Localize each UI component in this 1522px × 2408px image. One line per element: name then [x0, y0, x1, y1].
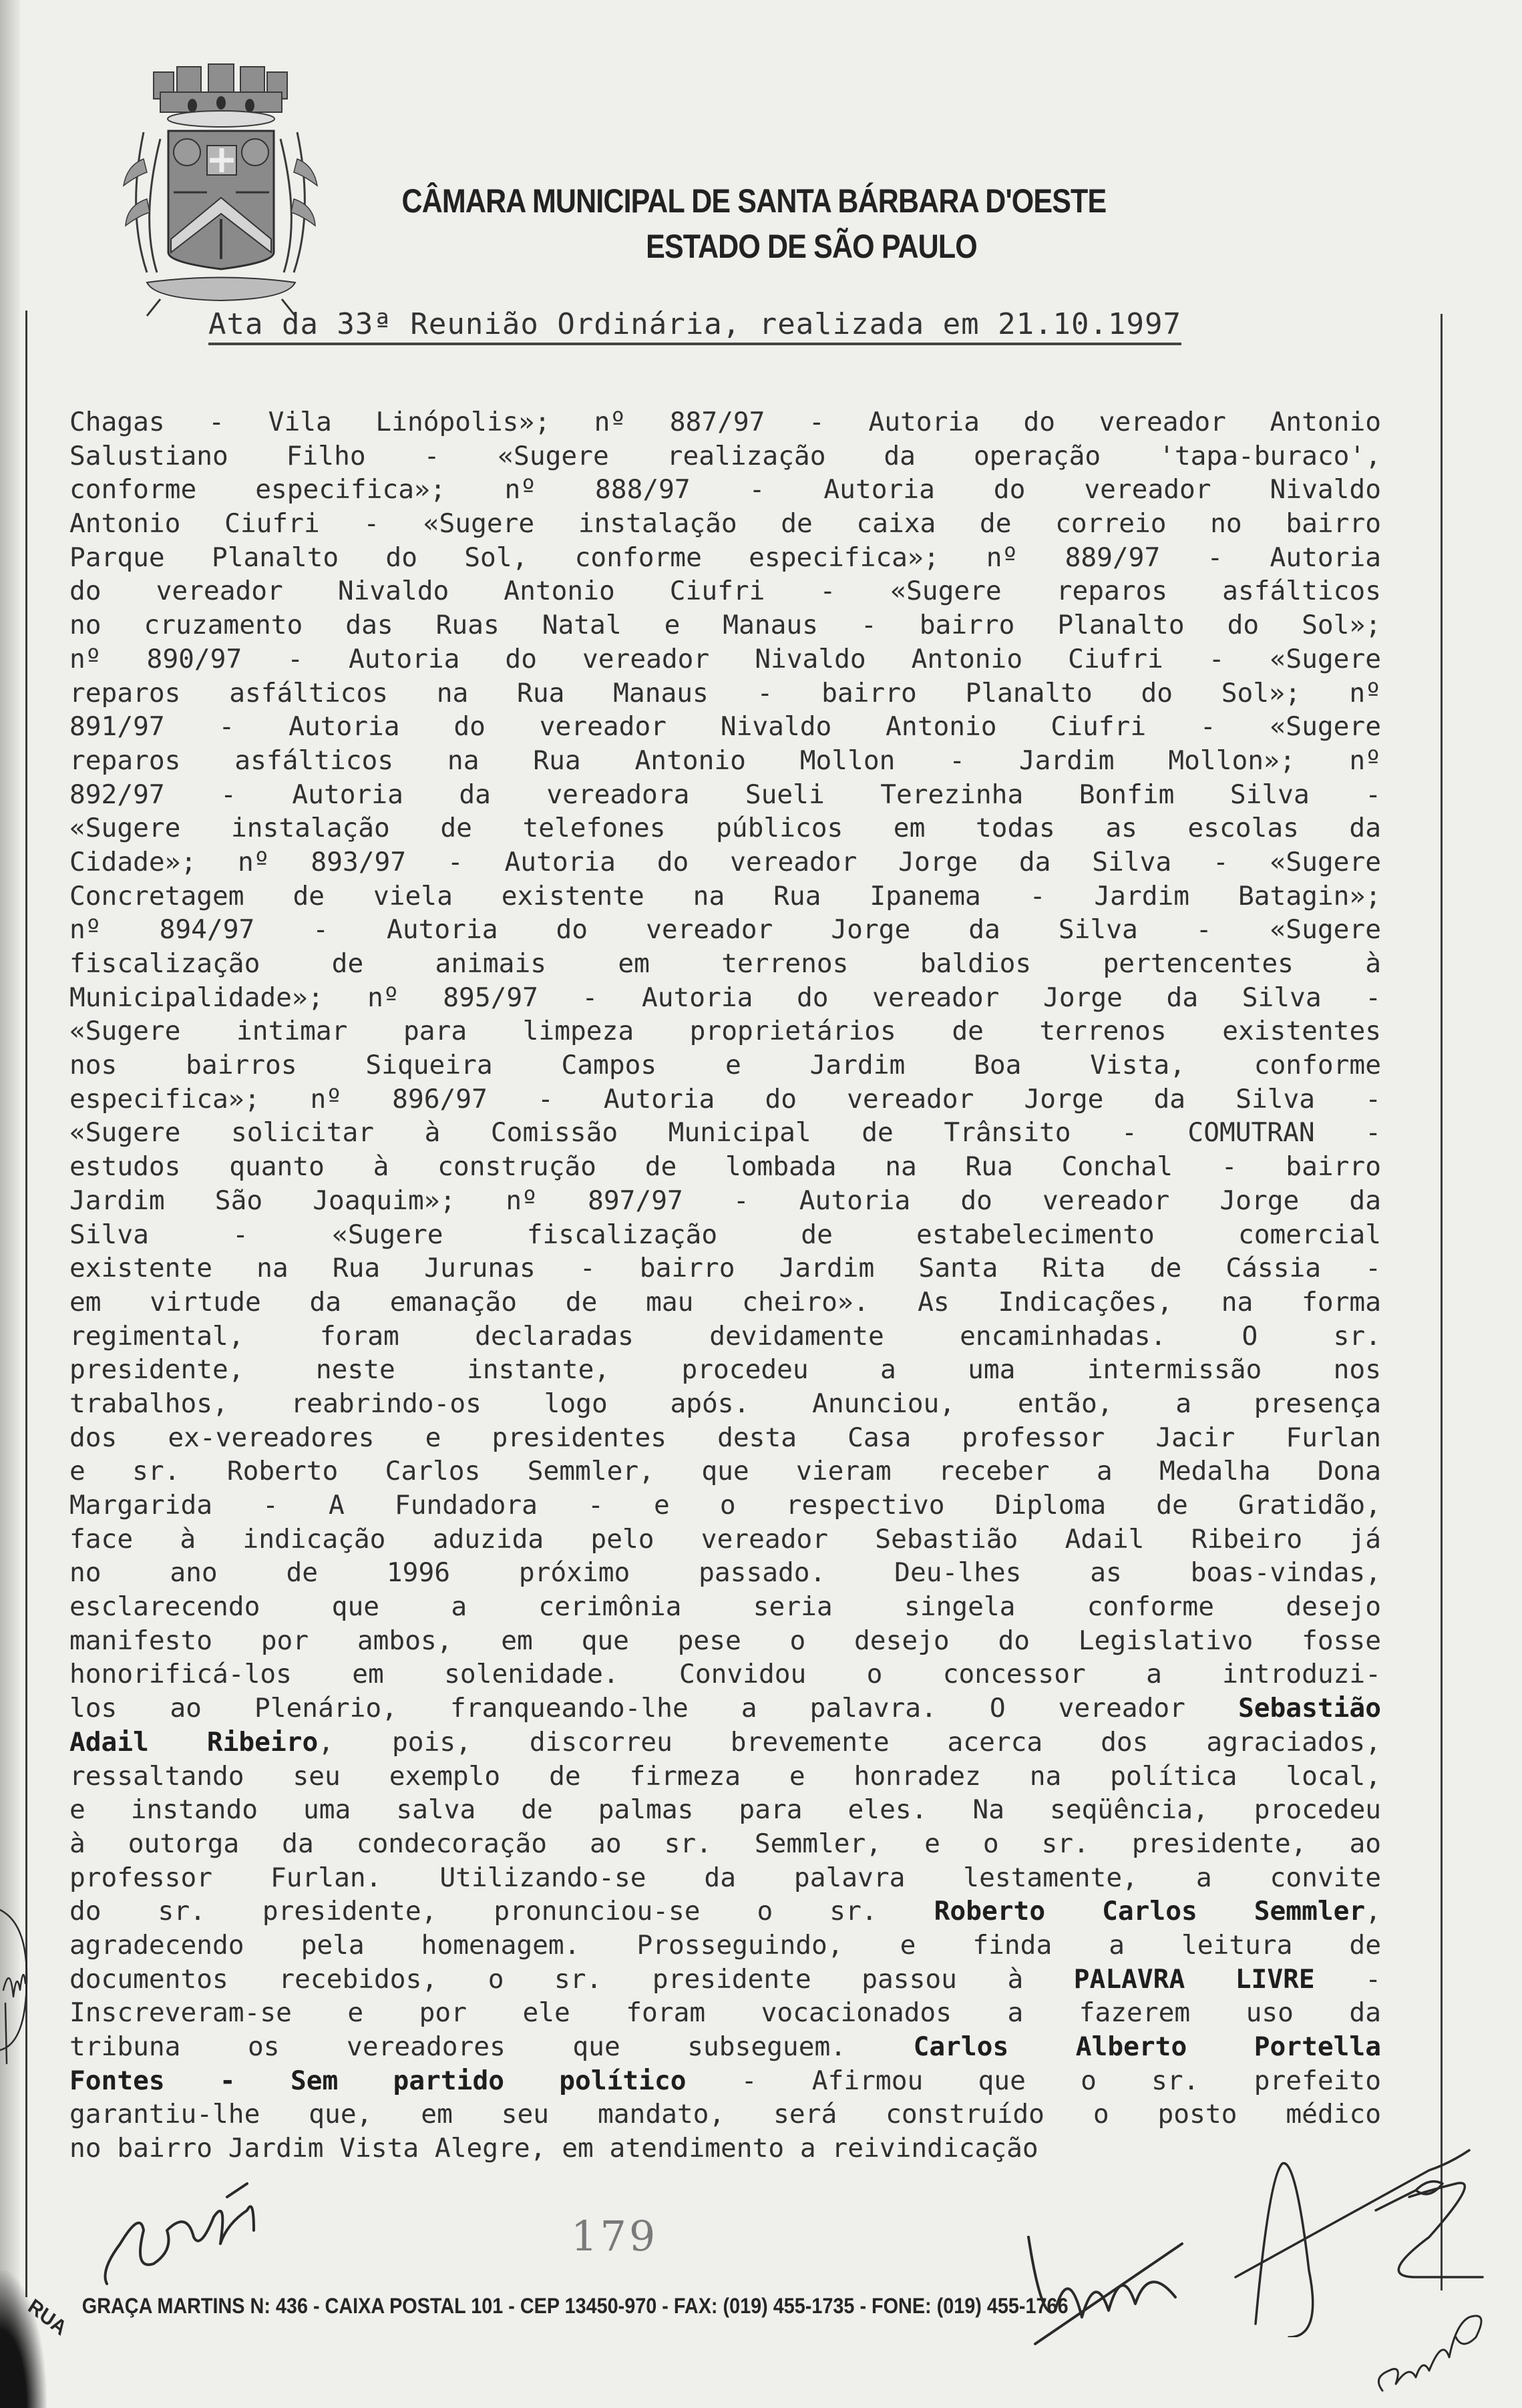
handwritten-page-number: 179 — [571, 2212, 658, 2260]
minutes-line: Fontes - Sem partido político - Afirmou … — [69, 2064, 1381, 2098]
minutes-line: Silva - «Sugere fiscalização de estabele… — [69, 1218, 1381, 1252]
minutes-line: no ano de 1996 próximo passado. Deu-lhes… — [69, 1556, 1381, 1590]
minutes-line: existente na Rua Jurunas - bairro Jardim… — [69, 1251, 1381, 1285]
bold-name: Sebastião — [1238, 1693, 1381, 1724]
text-segment: 892/97 - Autoria da vereadora Sueli Tere… — [69, 779, 1381, 810]
text-segment: - Afirmou que o sr. prefeito — [687, 2065, 1381, 2096]
coat-of-arms-icon — [107, 59, 334, 326]
minutes-line: Chagas - Vila Linópolis»; nº 887/97 - Au… — [69, 405, 1381, 439]
minutes-body: Chagas - Vila Linópolis»; nº 887/97 - Au… — [69, 405, 1381, 2166]
text-segment: garantiu-lhe que, em seu mandato, será c… — [69, 2099, 1381, 2130]
minutes-line: no bairro Jardim Vista Alegre, em atendi… — [69, 2132, 1381, 2166]
right-margin-line — [1441, 314, 1443, 2290]
initials-bottom-right-icon — [1369, 2297, 1503, 2397]
minutes-line: Margarida - A Fundadora - e o respectivo… — [69, 1488, 1381, 1523]
text-segment: documentos recebidos, o sr. presidente p… — [69, 1964, 1074, 1995]
minutes-line: no cruzamento das Ruas Natal e Manaus - … — [69, 608, 1381, 642]
text-segment: esclarecendo que a cerimônia seria singe… — [69, 1591, 1381, 1622]
minutes-line: Parque Planalto do Sol, conforme especif… — [69, 541, 1381, 575]
text-segment: Parque Planalto do Sol, conforme especif… — [69, 542, 1381, 573]
state-name: ESTADO DE SÃO PAULO — [458, 227, 1165, 266]
text-segment: no ano de 1996 próximo passado. Deu-lhes… — [69, 1557, 1381, 1588]
minutes-line: documentos recebidos, o sr. presidente p… — [69, 1963, 1381, 1997]
text-segment: do vereador Nivaldo Antonio Ciufri - «Su… — [69, 576, 1381, 606]
text-segment: nº 890/97 - Autoria do vereador Nivaldo … — [69, 644, 1381, 674]
minutes-line: «Sugere instalação de telefones públicos… — [69, 811, 1381, 845]
text-segment: existente na Rua Jurunas - bairro Jardim… — [69, 1253, 1381, 1283]
minutes-line: e sr. Roberto Carlos Semmler, que vieram… — [69, 1454, 1381, 1488]
text-segment: Jardim São Joaquim»; nº 897/97 - Autoria… — [69, 1185, 1381, 1216]
text-segment: - — [1315, 1964, 1381, 1995]
text-segment: los ao Plenário, franqueando-lhe a palav… — [69, 1693, 1238, 1724]
minutes-line: Concretagem de viela existente na Rua Ip… — [69, 879, 1381, 914]
minutes-line: Municipalidade»; nº 895/97 - Autoria do … — [69, 981, 1381, 1015]
minutes-line: reparos asfálticos na Rua Antonio Mollon… — [69, 744, 1381, 778]
minutes-line: dos ex-vereadores e presidentes desta Ca… — [69, 1421, 1381, 1455]
minutes-line: 892/97 - Autoria da vereadora Sueli Tere… — [69, 778, 1381, 812]
minutes-line: professor Furlan. Utilizando-se da palav… — [69, 1861, 1381, 1895]
minutes-line: «Sugere solicitar à Comissão Municipal d… — [69, 1116, 1381, 1150]
institution-name: CÂMARA MUNICIPAL DE SANTA BÁRBARA D'OEST… — [401, 182, 1107, 220]
minutes-heading: Ata da 33ª Reunião Ordinária, realizada … — [208, 307, 1181, 345]
minutes-line: regimental, foram declaradas devidamente… — [69, 1320, 1381, 1354]
text-segment: «Sugere intimar para limpeza proprietári… — [69, 1016, 1381, 1046]
text-segment: tribuna os vereadores que subseguem. — [69, 2031, 914, 2062]
page-corner-shadow — [0, 2270, 47, 2408]
text-segment: especifica»; nº 896/97 - Autoria do vere… — [69, 1084, 1381, 1115]
minutes-line: do vereador Nivaldo Antonio Ciufri - «Su… — [69, 574, 1381, 608]
minutes-line: conforme especifica»; nº 888/97 - Autori… — [69, 473, 1381, 507]
text-segment: Municipalidade»; nº 895/97 - Autoria do … — [69, 982, 1381, 1013]
minutes-line: trabalhos, reabrindo-os logo após. Anunc… — [69, 1387, 1381, 1421]
text-segment: e instando uma salva de palmas para eles… — [69, 1794, 1381, 1825]
text-segment: e sr. Roberto Carlos Semmler, que vieram… — [69, 1456, 1381, 1486]
minutes-line: estudos quanto à construção de lombada n… — [69, 1150, 1381, 1184]
text-segment: agradecendo pela homenagem. Prosseguindo… — [69, 1930, 1381, 1961]
minutes-line: los ao Plenário, franqueando-lhe a palav… — [69, 1691, 1381, 1726]
text-segment: ressaltando seu exemplo de firmeza e hon… — [69, 1761, 1381, 1792]
text-segment: reparos asfálticos na Rua Antonio Mollon… — [69, 745, 1381, 776]
text-segment: do sr. presidente, pronunciou-se o sr. — [69, 1896, 934, 1927]
text-segment: «Sugere instalação de telefones públicos… — [69, 813, 1381, 843]
signature-left-icon — [93, 2170, 314, 2304]
footer-address-text: GRAÇA MARTINS N: 436 - CAIXA POSTAL 101 … — [82, 2294, 1069, 2318]
minutes-line: garantiu-lhe que, em seu mandato, será c… — [69, 2097, 1381, 2132]
minutes-line: Antonio Ciufri - «Sugere instalação de c… — [69, 507, 1381, 541]
footer-address: RUAGRAÇA MARTINS N: 436 - CAIXA POSTAL 1… — [37, 2294, 1069, 2319]
text-segment: «Sugere solicitar à Comissão Municipal d… — [69, 1117, 1381, 1148]
text-segment: , pois, discorreu brevemente acerca dos … — [318, 1727, 1381, 1758]
text-segment: estudos quanto à construção de lombada n… — [69, 1151, 1381, 1182]
minutes-line: face à indicação aduzida pelo vereador S… — [69, 1523, 1381, 1557]
text-segment: Silva - «Sugere fiscalização de estabele… — [69, 1219, 1381, 1250]
text-segment: presidente, neste instante, procedeu a u… — [69, 1354, 1381, 1385]
minutes-line: Inscreveram-se e por ele foram vocaciona… — [69, 1996, 1381, 2030]
minutes-line: nº 890/97 - Autoria do vereador Nivaldo … — [69, 642, 1381, 676]
minutes-line: honorificá-los em solenidade. Convidou o… — [69, 1657, 1381, 1691]
minutes-line: especifica»; nº 896/97 - Autoria do vere… — [69, 1082, 1381, 1117]
bold-name: Fontes - Sem partido político — [69, 2065, 687, 2096]
minutes-line: Cidade»; nº 893/97 - Autoria do vereador… — [69, 845, 1381, 879]
text-segment: dos ex-vereadores e presidentes desta Ca… — [69, 1422, 1381, 1453]
text-segment: em virtude da emanação de mau cheiro». A… — [69, 1287, 1381, 1318]
minutes-line: agradecendo pela homenagem. Prosseguindo… — [69, 1929, 1381, 1963]
text-segment: reparos asfálticos na Rua Manaus - bairr… — [69, 678, 1381, 709]
text-segment: , — [1365, 1896, 1381, 1927]
text-segment: 891/97 - Autoria do vereador Nivaldo Ant… — [69, 711, 1381, 742]
minutes-line: 891/97 - Autoria do vereador Nivaldo Ant… — [69, 710, 1381, 744]
bold-name: Adail Ribeiro — [69, 1727, 318, 1758]
text-segment: nos bairros Siqueira Campos e Jardim Boa… — [69, 1050, 1381, 1080]
minutes-line: esclarecendo que a cerimônia seria singe… — [69, 1590, 1381, 1624]
minutes-line: «Sugere intimar para limpeza proprietári… — [69, 1014, 1381, 1048]
text-segment: no cruzamento das Ruas Natal e Manaus - … — [69, 610, 1381, 640]
minutes-line: reparos asfálticos na Rua Manaus - bairr… — [69, 676, 1381, 711]
minutes-line: presidente, neste instante, procedeu a u… — [69, 1353, 1381, 1387]
minutes-line: à outorga da condecoração ao sr. Semmler… — [69, 1827, 1381, 1861]
text-segment: Margarida - A Fundadora - e o respectivo… — [69, 1490, 1381, 1521]
minutes-line: nº 894/97 - Autoria do vereador Jorge da… — [69, 913, 1381, 947]
minutes-line: em virtude da emanação de mau cheiro». A… — [69, 1285, 1381, 1320]
text-segment: Concretagem de viela existente na Rua Ip… — [69, 881, 1381, 912]
bold-name: PALAVRA LIVRE — [1074, 1964, 1315, 1995]
minutes-line: Adail Ribeiro, pois, discorreu brevement… — [69, 1726, 1381, 1760]
text-segment: no bairro Jardim Vista Alegre, em atendi… — [69, 2133, 1038, 2164]
text-segment: face à indicação aduzida pelo vereador S… — [69, 1524, 1381, 1555]
text-segment: trabalhos, reabrindo-os logo após. Anunc… — [69, 1388, 1381, 1419]
bold-name: Roberto Carlos Semmler — [934, 1896, 1366, 1927]
text-segment: honorificá-los em solenidade. Convidou o… — [69, 1659, 1381, 1689]
text-segment: Inscreveram-se e por ele foram vocaciona… — [69, 1997, 1381, 2028]
text-segment: Antonio Ciufri - «Sugere instalação de c… — [69, 508, 1381, 539]
text-segment: manifesto por ambos, em que pese o desej… — [69, 1625, 1381, 1656]
minutes-line: manifesto por ambos, em que pese o desej… — [69, 1624, 1381, 1658]
text-segment: nº 894/97 - Autoria do vereador Jorge da… — [69, 914, 1381, 945]
minutes-line: e instando uma salva de palmas para eles… — [69, 1793, 1381, 1827]
text-segment: professor Furlan. Utilizando-se da palav… — [69, 1862, 1381, 1893]
text-segment: fiscalização de animais em terrenos bald… — [69, 948, 1381, 979]
text-segment: conforme especifica»; nº 888/97 - Autori… — [69, 474, 1381, 505]
minutes-line: Jardim São Joaquim»; nº 897/97 - Autoria… — [69, 1184, 1381, 1218]
minutes-line: ressaltando seu exemplo de firmeza e hon… — [69, 1760, 1381, 1794]
bold-name: Carlos Alberto Portella — [914, 2031, 1381, 2062]
minutes-line: fiscalização de animais em terrenos bald… — [69, 947, 1381, 981]
text-segment: Chagas - Vila Linópolis»; nº 887/97 - Au… — [69, 407, 1381, 437]
margin-initials-icon — [0, 1896, 40, 2077]
text-segment: Cidade»; nº 893/97 - Autoria do vereador… — [69, 847, 1381, 877]
text-segment: regimental, foram declaradas devidamente… — [69, 1321, 1381, 1352]
minutes-line: tribuna os vereadores que subseguem. Car… — [69, 2030, 1381, 2064]
text-segment: Salustiano Filho - «Sugere realização da… — [69, 441, 1381, 471]
signature-center-icon — [1015, 2224, 1202, 2357]
text-segment: à outorga da condecoração ao sr. Semmler… — [69, 1828, 1381, 1859]
minutes-line: nos bairros Siqueira Campos e Jardim Boa… — [69, 1048, 1381, 1082]
minutes-line: Salustiano Filho - «Sugere realização da… — [69, 439, 1381, 473]
minutes-line: do sr. presidente, pronunciou-se o sr. R… — [69, 1894, 1381, 1929]
